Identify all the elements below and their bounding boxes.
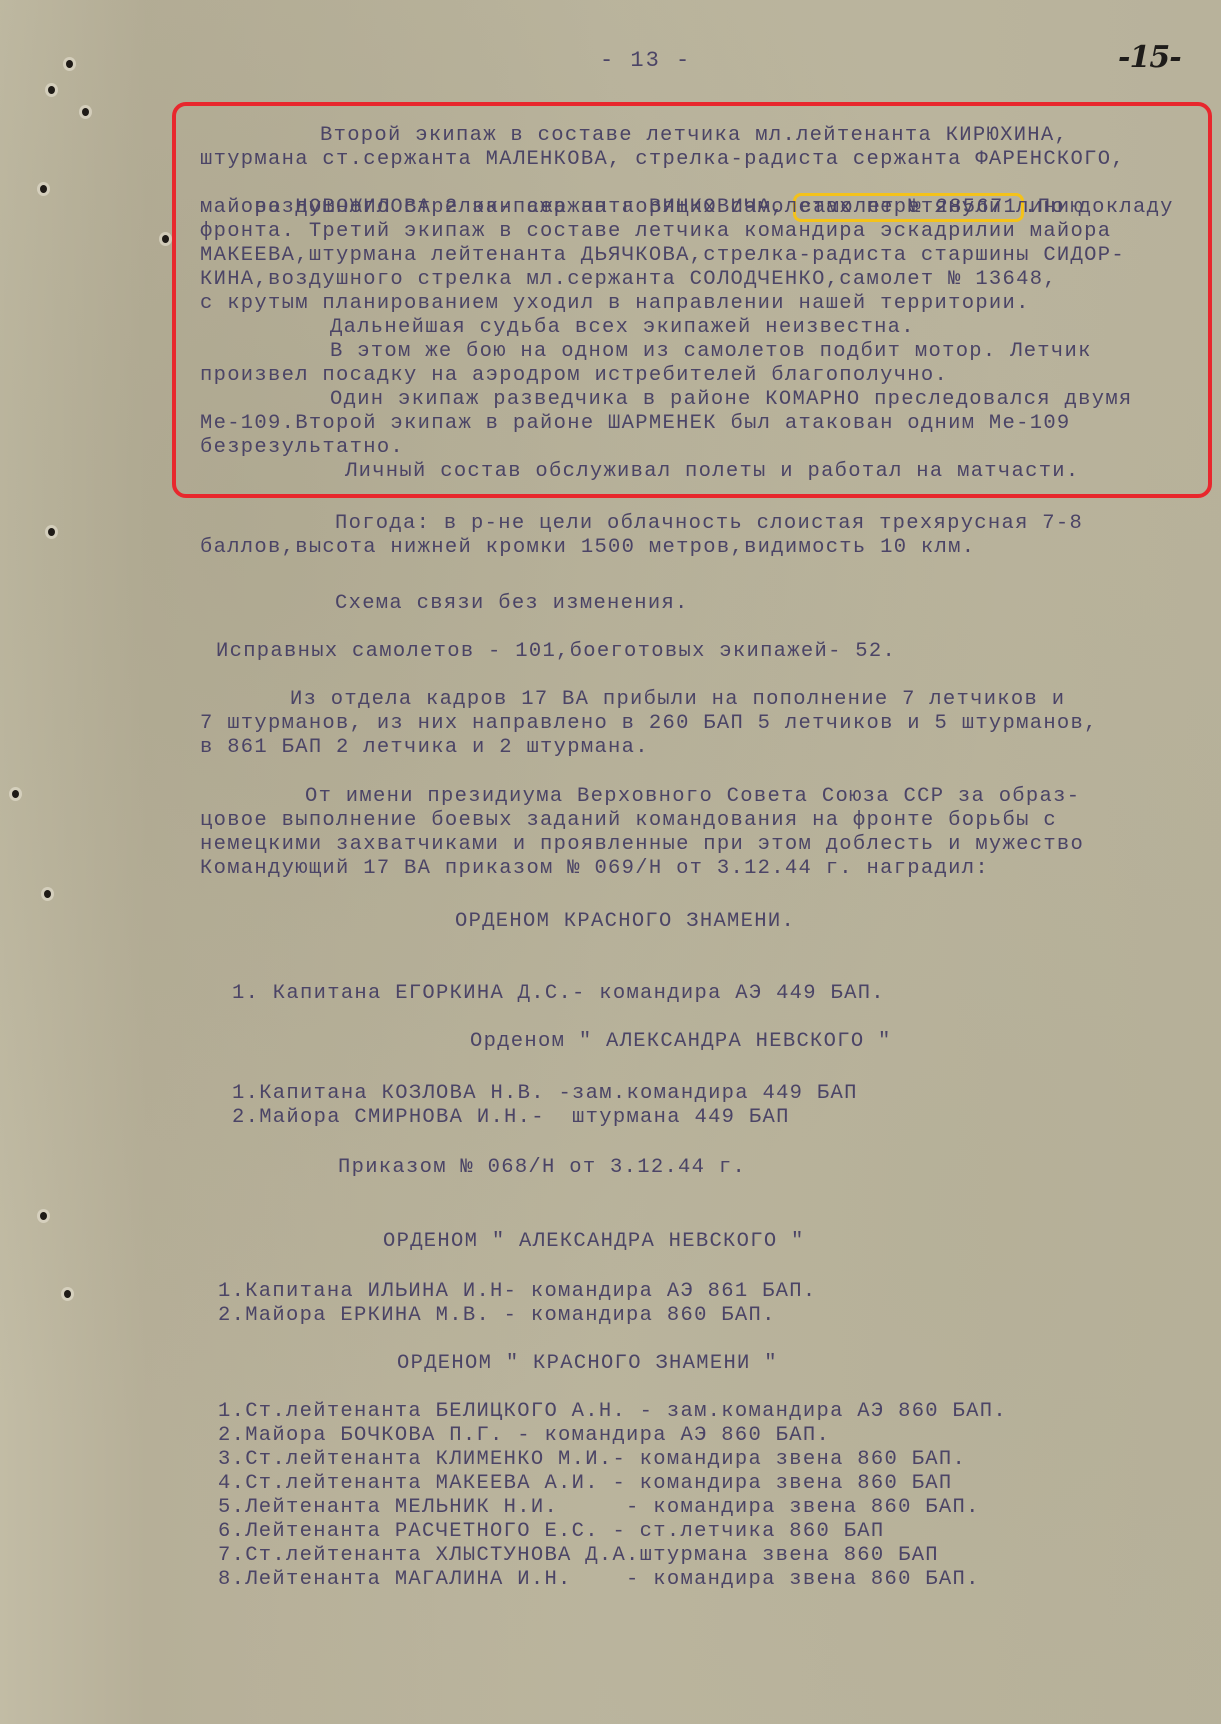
punch-hole	[40, 1212, 47, 1220]
award-list-item: 2.Майора СМИРНОВА И.Н.- штурмана 449 БАП	[232, 1106, 790, 1130]
section-heading: ОРДЕНОМ КРАСНОГО ЗНАМЕНИ.	[455, 910, 795, 934]
text-line: Ме-109.Второй экипаж в районе ШАРМЕНЕК б…	[200, 412, 1071, 436]
text-line: КИНА,воздушного стрелка мл.сержанта СОЛО…	[200, 268, 1057, 292]
award-list-item: 1.Капитана КОЗЛОВА Н.В. -зам.командира 4…	[232, 1082, 858, 1106]
text-line: с крутым планированием уходил в направле…	[200, 292, 1030, 316]
text-line: произвел посадку на аэродром истребителе…	[200, 364, 948, 388]
award-intro-line: Командующий 17 ВА приказом № 069/Н от 3.…	[200, 857, 989, 881]
award-list-item: 1.Капитана ИЛЬИНА И.Н- командира АЭ 861 …	[218, 1280, 817, 1304]
award-list-item: 4.Ст.лейтенанта МАКЕЕВА А.И. - командира…	[218, 1472, 953, 1496]
text-line: майора НОВОЖИЛОВА 2 экипажа на горящих с…	[200, 196, 1084, 220]
text-line: Дальнейшая судьба всех экипажей неизвест…	[330, 316, 915, 340]
award-list-item: 1.Ст.лейтенанта БЕЛИЦКОГО А.Н. - зам.ком…	[218, 1400, 1007, 1424]
award-intro-line: немецкими захватчиками и проявленные при…	[200, 833, 1084, 857]
punch-hole	[162, 235, 169, 243]
section-heading: ОРДЕНОМ " АЛЕКСАНДРА НЕВСКОГО "	[383, 1230, 805, 1254]
weather-line: баллов,высота нижней кромки 1500 метров,…	[200, 536, 975, 560]
award-intro-line: От имени президиума Верховного Совета Со…	[305, 785, 1080, 809]
award-list-item: 2.Майора БОЧКОВА П.Г. - командира АЭ 860…	[218, 1424, 830, 1448]
punch-hole	[48, 86, 55, 94]
award-list-item: 1. Капитана ЕГОРКИНА Д.С.- командира АЭ …	[232, 982, 885, 1006]
section-heading: ОРДЕНОМ " КРАСНОГО ЗНАМЕНИ "	[397, 1352, 778, 1376]
readiness-line: Исправных самолетов - 101,боеготовых эки…	[216, 640, 896, 664]
award-list-item: 2.Майора ЕРКИНА М.В. - командира 860 БАП…	[218, 1304, 776, 1328]
award-list-item: 3.Ст.лейтенанта КЛИМЕНКО М.И.- командира…	[218, 1448, 966, 1472]
award-list-item: 7.Ст.лейтенанта ХЛЫСТУНОВА Д.А.штурмана …	[218, 1544, 939, 1568]
text-line: безрезультатно.	[200, 436, 404, 460]
text-line: МАКЕЕВА,штурмана лейтенанта ДЬЯЧКОВА,стр…	[200, 244, 1125, 268]
punch-hole	[44, 890, 51, 898]
handwritten-folio-number: -15-	[1118, 40, 1181, 75]
typed-page-number: - 13 -	[600, 48, 691, 73]
punch-hole	[48, 528, 55, 536]
replenishment-line: в 861 БАП 2 летчика и 2 штурмана.	[200, 736, 649, 760]
archival-document-page: - 13 - -15- Второй экипаж в составе летч…	[0, 0, 1221, 1724]
text-line: Второй экипаж в составе летчика мл.лейте…	[320, 124, 1068, 148]
award-list-item: 5.Лейтенанта МЕЛЬНИК Н.И. - командира зв…	[218, 1496, 980, 1520]
award-list-item: 8.Лейтенанта МАГАЛИНА И.Н. - командира з…	[218, 1568, 980, 1592]
replenishment-line: Из отдела кадров 17 ВА прибыли на пополн…	[290, 688, 1065, 712]
text-line: В этом же бою на одном из самолетов подб…	[330, 340, 1092, 364]
punch-hole	[64, 1290, 71, 1298]
order-reference: Приказом № 068/Н от 3.12.44 г.	[338, 1156, 746, 1180]
text-line: штурмана ст.сержанта МАЛЕНКОВА, стрелка-…	[200, 148, 1125, 172]
award-intro-line: цовое выполнение боевых заданий командов…	[200, 809, 1057, 833]
punch-hole	[40, 185, 47, 193]
award-list-item: 6.Лейтенанта РАСЧЕТНОГО Е.С. - ст.летчик…	[218, 1520, 885, 1544]
comms-line: Схема связи без изменения.	[335, 592, 689, 616]
punch-hole	[12, 790, 19, 798]
punch-hole	[66, 60, 73, 68]
section-heading: Орденом " АЛЕКСАНДРА НЕВСКОГО "	[470, 1030, 892, 1054]
weather-line: Погода: в р-не цели облачность слоистая …	[335, 512, 1083, 536]
text-line: Личный состав обслуживал полеты и работа…	[345, 460, 1080, 484]
replenishment-line: 7 штурманов, из них направлено в 260 БАП…	[200, 712, 1098, 736]
text-line: Один экипаж разведчика в районе КОМАРНО …	[330, 388, 1133, 412]
text-line: фронта. Третий экипаж в составе летчика …	[200, 220, 1111, 244]
punch-hole	[82, 108, 89, 116]
